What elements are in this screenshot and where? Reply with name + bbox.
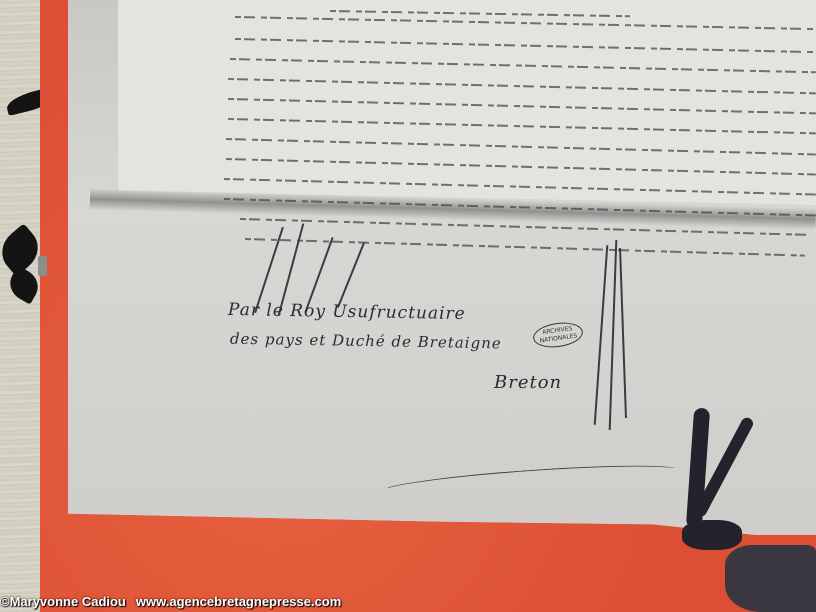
website-url: www.agencebretagnepresse.com bbox=[136, 594, 341, 609]
photo-credit-caption: ©Maryvonne Cadiouwww.agencebretagnepress… bbox=[0, 594, 351, 609]
mount-clip bbox=[38, 256, 47, 276]
signature-line-1: Par le Roy Usufructuaire bbox=[228, 300, 466, 324]
charter-text-section bbox=[118, 0, 816, 205]
signer-name: Breton bbox=[494, 372, 562, 393]
credit-text: ©Maryvonne Cadiou bbox=[0, 594, 126, 609]
